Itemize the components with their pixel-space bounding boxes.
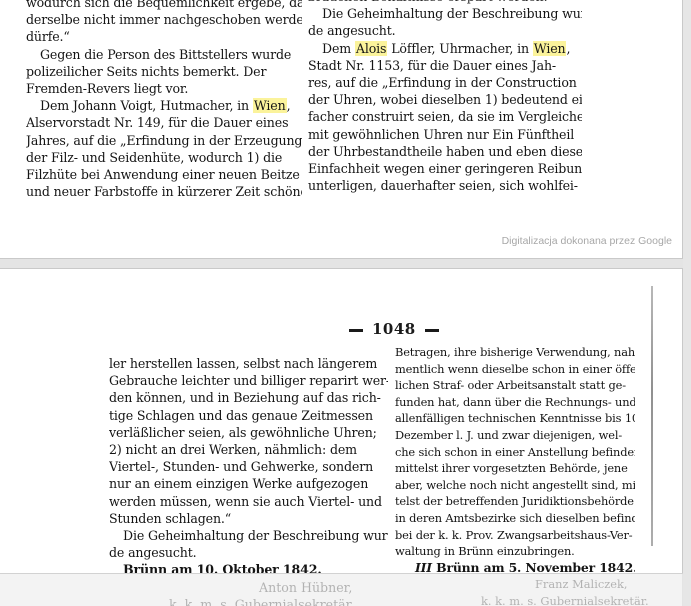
text-line: Fremden-Revers liegt vor. [26,80,302,97]
text-line: che sich schon in einer Anstellung befin… [395,444,635,461]
text-line: derselbe nicht immer nachgeschoben werde… [26,11,302,28]
text-line: lichen Straf- oder Arbeitsanstalt statt … [395,377,635,394]
text-line: mentlich wenn dieselbe schon in einer öf… [395,361,635,378]
viewer-scroll-gutter[interactable] [683,0,691,606]
text-line: Die Geheimhaltung der Beschreibung wur- [109,527,388,544]
text-line: Gegen die Person des Bittstellers wurde [26,46,302,63]
page-number-value: 1048 [372,320,416,338]
text-line: brauchen Behältnisse erspart werden. [308,0,582,5]
text-line: nur an einem einzigen Werke aufgezogen [109,475,388,492]
digitization-watermark: Digitalizacja dokonana przez Google [502,235,672,247]
text-line: verläßlicher seien, als gewöhnliche Uhre… [109,424,388,441]
text-line: der Uhren, wobei dieselben 1) bedeutend … [308,91,582,108]
page-bottom-left-column: ler herstellen lassen, selbst nach länge… [109,355,388,606]
scanned-page-top: wodurch sich die Bequemlichkeit ergebe, … [0,0,683,259]
text-line: Einfachheit wegen einer geringeren Reibu… [308,160,582,177]
search-highlight[interactable]: Wien [253,98,287,113]
text-line: telst der betreffenden Juridiktionsbehör… [395,493,635,510]
text-line: Dezember l. J. und zwar diejenigen, wel- [395,427,635,444]
text-line: Viertel-, Stunden- und Gehwerke, sondern [109,458,388,475]
text-line: Dem Alois Löffler, Uhrmacher, in Wien, [308,40,582,57]
text-line: wodurch sich die Bequemlichkeit ergebe, … [26,0,302,11]
text-line: Jahres, auf die „Erfindung in der Erzeug… [26,132,302,149]
text-line: Gebrauche leichter und billiger reparirt… [109,372,388,389]
book-viewer: wodurch sich die Bequemlichkeit ergebe, … [0,0,691,606]
text-line: allenfälligen technischen Kenntnisse bis… [395,410,635,427]
text-line: funden hat, dann über die Rechnungs- und [395,394,635,411]
text-line: res, auf die „Erfindung in der Construct… [308,74,582,91]
text-line: ler herstellen lassen, selbst nach länge… [109,355,388,372]
text-line: de angesucht. [308,22,582,39]
text-fragment: Alservorstadt Nr. 149, für die Dauer ein… [26,115,288,130]
text-line: Die Geheimhaltung der Beschreibung wur- [308,5,582,22]
search-highlight[interactable]: Alois [355,41,387,56]
search-highlight[interactable]: Wien [533,41,567,56]
text-line: unterligen, dauerhafter seien, sich wohl… [308,177,582,194]
text-line: der Uhrbestandtheile haben und eben dies… [308,143,582,160]
text-line: 2) nicht an drei Werken, nähmlich: dem [109,441,388,458]
text-line: werden müssen, wenn sie auch Viertel- un… [109,493,388,510]
text-line: mittelst ihrer vorgesetzten Behörde, jen… [395,460,635,477]
text-line: dürfe.“ [26,28,302,45]
bottom-toolbar-overlay [0,573,683,606]
text-fragment: Dem Johann Voigt, Hutmacher, in [40,98,249,113]
text-line: und neuer Farbstoffe in kürzerer Zeit sc… [26,183,302,200]
text-line: den können, und in Beziehung auf das ric… [109,389,388,406]
text-line: facher construirt seien, da sie im Vergl… [308,108,582,125]
text-line: bei der k. k. Prov. Zwangsarbeitshaus-Ve… [395,527,635,544]
text-line: de angesucht. [109,544,388,561]
text-line: tige Schlagen und das genaue Zeitmessen [109,407,388,424]
text-line: Betragen, ihre bisherige Verwendung, nah… [395,344,635,361]
page-top-right-column: brauchen Behältnisse erspart werden. Die… [308,6,582,194]
dash-icon [349,329,363,332]
page-bottom-right-column: Betragen, ihre bisherige Verwendung, nah… [395,344,635,606]
text-line: Stadt Nr. 1153, für die Dauer eines Jah- [308,57,582,74]
dash-icon [425,329,439,332]
text-line: in deren Amtsbezirke sich dieselben befi… [395,510,635,527]
text-line: waltung in Brünn einzubringen. [395,543,635,560]
text-line: mit gewöhnlichen Uhren nur Ein Fünftheil [308,126,582,143]
text-line: polizeilicher Seits nichts bemerkt. Der [26,63,302,80]
text-line: aber, welche noch nicht angestellt sind,… [395,477,635,494]
text-line: Dem Johann Voigt, Hutmacher, in Wien, [26,97,302,114]
text-line: Alservorstadt Nr. 149, für die Dauer ein… [26,114,302,131]
text-line: Stunden schlagen.“ [109,510,388,527]
text-fragment: Dem [322,41,351,56]
text-line: Filzhüte bei Anwendung einer neuen Beitz… [26,166,302,183]
text-line: der Filz- und Seidenhüte, wodurch 1) die [26,149,302,166]
page-top-left-column: wodurch sich die Bequemlichkeit ergebe, … [26,0,302,200]
text-fragment: Löffler, Uhrmacher, in [391,41,529,56]
page-number: 1048 [340,320,448,338]
scan-margin-line [651,286,653,546]
